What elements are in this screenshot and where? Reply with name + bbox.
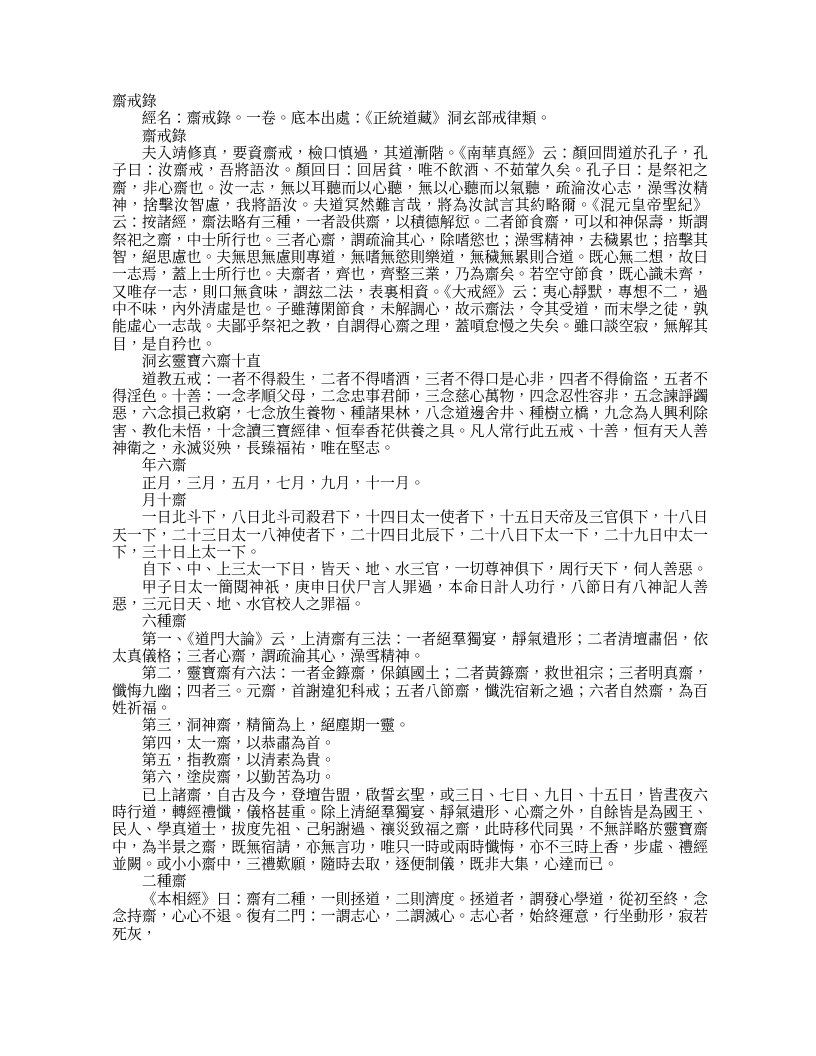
paragraph-fourth-taiyi: 第四，太一齋，以恭肅為首。 bbox=[112, 735, 708, 752]
section-heading-liu-zhai-shi-zhi: 洞玄靈寶六齋十直 bbox=[112, 353, 708, 370]
meta-line: 經名：齋戒錄。一卷。底本出處：《正統道藏》洞玄部戒律類。 bbox=[112, 110, 708, 127]
paragraph-sixth-tutan: 第六，塗炭齋，以勤苦為功。 bbox=[112, 769, 708, 786]
paragraph-fifth-zhijiao: 第五，指教齋，以清素為貴。 bbox=[112, 752, 708, 769]
paragraph-first-shangqing: 第一、《道門大論》云，上清齋有三法：一者絕羣獨宴，靜氣遣形；二者清壇肅侶，依太真… bbox=[112, 631, 708, 666]
document-title: 齋戒錄 bbox=[112, 93, 708, 110]
paragraph-second-lingbao: 第二，靈寶齋有六法：一者金籙齋，保鎮國土；二者黃籙齋，救世祖宗；三者明真齋，懺悔… bbox=[112, 665, 708, 717]
paragraph-three-taiyi-days: 自下、中、上三太一下日，皆天、地、水三官，一切尊神俱下，周行天下，伺人善惡。 bbox=[112, 561, 708, 578]
paragraph-ten-days: 一日北斗下，八日北斗司殺君下，十四日太一使者下，十五日天帝及三官俱下，十八日天一… bbox=[112, 509, 708, 561]
section-heading-er-zhong-zhai: 二種齋 bbox=[112, 873, 708, 890]
section-heading-liu-zhong-zhai: 六種齋 bbox=[112, 613, 708, 630]
paragraph-yishang-zhuzhai: 已上諸齋，自古及今，登壇告盟，啟誓玄聖，或三日、七日、九日、十五日，皆晝夜六時行… bbox=[112, 787, 708, 874]
paragraph-six-months: 正月，三月，五月，七月，九月，十一月。 bbox=[112, 475, 708, 492]
paragraph-third-dongshen: 第三，洞神齋，精簡為上，絕塵期一靈。 bbox=[112, 717, 708, 734]
document-page: 齋戒錄 經名：齋戒錄。一卷。底本出處：《正統道藏》洞玄部戒律類。 齋戒錄 夫入靖… bbox=[0, 0, 816, 1056]
document-subtitle: 齋戒錄 bbox=[112, 128, 708, 145]
paragraph-benxiangjing: 《本相經》曰：齋有二種，一則拯道，二則濟度。拯道者，謂發心學道，從初至終，念念持… bbox=[112, 891, 708, 943]
section-heading-yue-shi-zhai: 月十齋 bbox=[112, 492, 708, 509]
paragraph-jiazi-gengshen-days: 甲子日太一簡閱神祇，庚申日伏尸言人罪過，本命日計人功行，八節日有八神記人善惡，三… bbox=[112, 579, 708, 614]
paragraph-intro: 夫入靖修真，要資齋戒，檢口慎過，其道漸階。《南華真經》云：顏回問道於孔子，孔子曰… bbox=[112, 145, 708, 353]
section-heading-nian-liu-zhai: 年六齋 bbox=[112, 457, 708, 474]
paragraph-five-precepts-ten-goods: 道教五戒：一者不得殺生，二者不得嗜酒，三者不得口是心非，四者不得偷盜，五者不得淫… bbox=[112, 371, 708, 458]
